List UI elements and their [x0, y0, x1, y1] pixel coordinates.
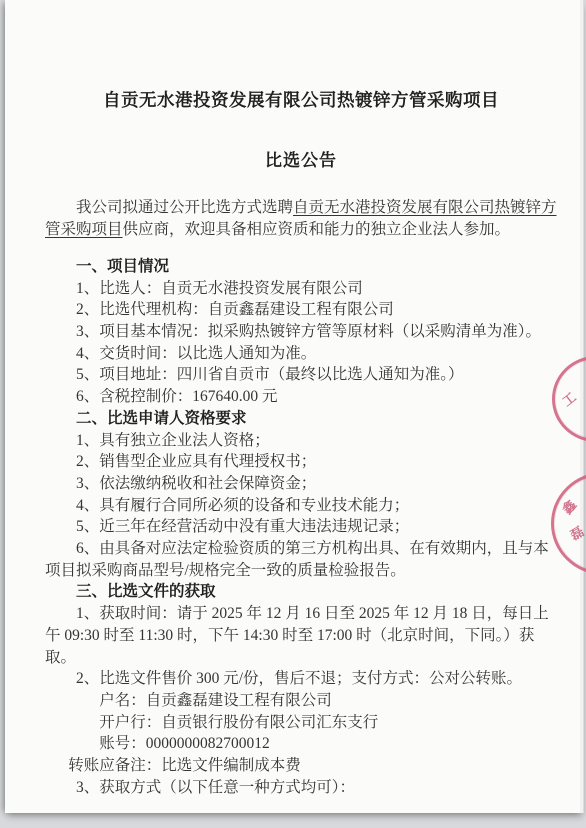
document-paragraph: 1、比选人：自贡无水港投资发展有限公司 [45, 278, 557, 300]
document-paragraph: 账号：0000000082700012 [45, 733, 557, 755]
intro-text-pre: 我公司拟通过公开比选方式选聘 [76, 199, 293, 216]
document-paragraph: 1、获取时间：请于 2025 年 12 月 16 日至 2025 年 12 月 … [45, 603, 557, 668]
seal-character: 鑫 [557, 495, 580, 517]
intro-text-post: 供应商，欢迎具备相应资质和能力的独立企业法人参加。 [123, 221, 511, 238]
document-paragraph: 户名：自贡鑫磊建设工程有限公司 [45, 690, 557, 712]
document-paragraph: 2、销售型企业应具有代理授权书； [45, 451, 557, 473]
document-paragraph: 转账应备注：比选文件编制成本费 [45, 755, 557, 777]
section-heading: 三、比选文件的获取 [45, 581, 557, 603]
document-paragraph: 5、项目地址：四川省自贡市（最终以比选人通知为准。） [45, 364, 557, 386]
seal-character: 工 [558, 387, 580, 410]
section-heading: 一、项目情况 [45, 256, 557, 278]
document-paragraph: 4、交货时间：以比选人通知为准。 [45, 343, 557, 365]
document-body: 自贡无水港投资发展有限公司热镀锌方管采购项目 比选公告 我公司拟通过公开比选方式… [45, 0, 557, 798]
document-paragraph: 6、含税控制价：167640.00 元 [45, 386, 557, 408]
document-paragraph: 4、具有履行合同所必须的设备和专业技术能力； [45, 495, 557, 517]
scanned-page-background: 自贡无水港投资发展有限公司热镀锌方管采购项目 比选公告 我公司拟通过公开比选方式… [0, 0, 586, 828]
document-paragraph: 2、比选文件售价 300 元/份，售后不退；支付方式：公对公转账。 [45, 668, 557, 690]
document-paragraph: 3、项目基本情况：拟采购热镀锌方管等原材料（以采购清单为准）。 [45, 321, 557, 343]
document-paragraph: 5、近三年在经营活动中没有重大违法违规记录； [45, 516, 557, 538]
document-paragraph: 2、比选代理机构：自贡鑫磊建设工程有限公司 [45, 299, 557, 321]
document-page: 自贡无水港投资发展有限公司热镀锌方管采购项目 比选公告 我公司拟通过公开比选方式… [5, 0, 584, 813]
document-title: 自贡无水港投资发展有限公司热镀锌方管采购项目 [45, 88, 557, 112]
document-subtitle: 比选公告 [45, 150, 557, 172]
document-paragraph: 1、具有独立企业法人资格； [45, 430, 557, 452]
document-paragraph: 开户行：自贡银行股份有限公司汇东支行 [45, 712, 557, 734]
document-paragraph: 3、获取方式（以下任意一种方式均可）： [45, 777, 557, 799]
document-paragraph: 6、由具备对应法定检验资质的第三方机构出具、在有效期内，且与本项目拟采购商品型号… [45, 538, 557, 581]
document-sections: 一、项目情况1、比选人：自贡无水港投资发展有限公司2、比选代理机构：自贡鑫磊建设… [45, 256, 557, 799]
document-paragraph: 3、依法缴纳税收和社会保障资金； [45, 473, 557, 495]
seal-character: 磊 [566, 521, 586, 544]
section-heading: 二、比选申请人资格要求 [45, 408, 557, 430]
intro-paragraph: 我公司拟通过公开比选方式选聘自贡无水港投资发展有限公司热镀锌方管采购项目供应商，… [45, 197, 557, 240]
